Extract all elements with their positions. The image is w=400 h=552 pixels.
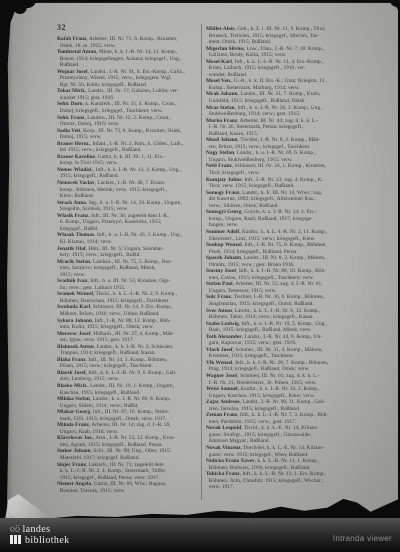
scan-edge-top-strip: [0, 0, 400, 3]
logo-word-bibliothek: bibliothek: [25, 535, 70, 546]
scanned-page[interactable]: 32 Kofab Franz, Arbeiter, III. Nr. 71, 6…: [7, 2, 398, 519]
text-column-left: Kofab Franz, Arbeiter, III. Nr. 71, 6. K…: [57, 36, 202, 498]
library-logo[interactable]: oö landes bibliothek: [10, 524, 70, 546]
logo-bars-icon: [10, 535, 22, 546]
logo-prefix: oö: [10, 524, 20, 535]
page-number: 32: [57, 23, 66, 32]
scan-text-line: verw. 1917.: [206, 484, 392, 491]
logo-line-1: oö landes: [10, 524, 70, 535]
scan-area: 32 Kofab Franz, Arbeiter, III. Nr. 71, 6…: [0, 0, 400, 552]
scan-text-line: Wlasak Thomas, Inft., k. u. I.-R. Nr. 43…: [57, 232, 202, 239]
logo-line-2: bibliothek: [10, 535, 70, 546]
text-column-right: Müller Alois, Geb., k. Z. i. III. Nr. 11…: [206, 26, 392, 496]
viewer-name-label[interactable]: Intranda viewer: [333, 534, 392, 543]
viewer-bottom-bar: oö landes bibliothek Intranda viewer: [0, 518, 400, 552]
logo-word-landes: landes: [23, 524, 51, 535]
scan-text-line: Bosnien, Travnik, 1915; verw.: [57, 488, 202, 495]
scan-edge-top-left-lobe: [13, 0, 27, 14]
